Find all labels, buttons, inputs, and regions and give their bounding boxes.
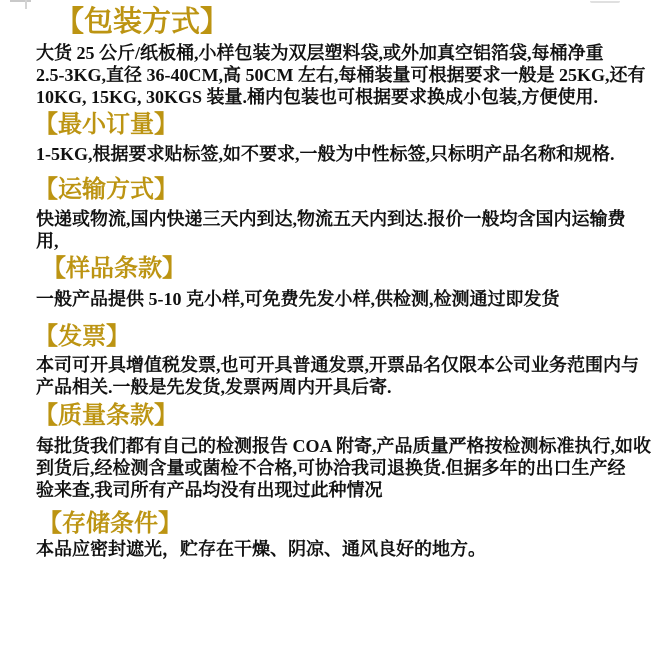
section-body-quality-terms: 每批货我们都有自己的检测报告 COA 附寄,产品质量严格按检测标准执行,如收 到… [36,435,645,501]
section-body-packaging: 大货 25 公斤/纸板桶,小样包装为双层塑料袋,或外加真空铝箔袋,每桶净重 2.… [36,42,645,108]
section-title-quality-terms: 【质量条款】 [34,402,645,430]
section-body-storage: 本品应密封遮光，贮存在干燥、阴凉、通风良好的地方。 [36,538,645,560]
body-line: 本司可开具增值税发票,也可开具普通发票,开票品名仅限本公司业务范围内与 [36,354,645,376]
body-line: 用, [36,230,645,252]
body-line: 1-5KG,根据要求贴标签,如不要求,一般为中性标签,只标明产品名称和规格. [36,143,645,165]
body-line: 每批货我们都有自己的检测报告 COA 附寄,产品质量严格按检测标准执行,如收 [36,435,645,457]
body-line: 到货后,经检测含量或菌检不合格,可协洽我司退换货.但据多年的出口生产经 [36,457,645,479]
section-body-sample-terms: 一般产品提供 5-10 克小样,可免费先发小样,供检测,检测通过即发货 [36,288,645,310]
body-line: 10KG, 15KG, 30KGS 装量.桶内包装也可根据要求换成小包装,方便使… [36,86,645,108]
body-line: 本品应密封遮光，贮存在干燥、阴凉、通风良好的地方。 [36,538,645,560]
section-body-shipping: 快递或物流,国内快递三天内到达,物流五天内到达.报价一般均含国内运输费 用, [36,208,645,252]
body-line: 大货 25 公斤/纸板桶,小样包装为双层塑料袋,或外加真空铝箔袋,每桶净重 [36,42,645,64]
product-terms-content: 【包装方式】 大货 25 公斤/纸板桶,小样包装为双层塑料袋,或外加真空铝箔袋,… [0,0,659,560]
body-line: 验来查,我司所有产品均没有出现过此种情况 [36,479,645,501]
section-title-shipping: 【运输方式】 [34,176,645,204]
section-title-packaging: 【包装方式】 [55,5,645,39]
section-title-storage: 【存储条件】 [38,510,645,538]
body-line: 2.5-3KG,直径 36-40CM,高 50CM 左右,每桶装量可根据要求一般… [36,64,645,86]
section-title-invoice: 【发票】 [34,323,645,351]
body-line: 快递或物流,国内快递三天内到达,物流五天内到达.报价一般均含国内运输费 [36,208,645,230]
section-title-min-order: 【最小订量】 [34,111,645,139]
product-terms-page: 【包装方式】 大货 25 公斤/纸板桶,小样包装为双层塑料袋,或外加真空铝箔袋,… [0,0,659,668]
section-body-invoice: 本司可开具增值税发票,也可开具普通发票,开票品名仅限本公司业务范围内与 产品相关… [36,354,645,398]
section-body-min-order: 1-5KG,根据要求贴标签,如不要求,一般为中性标签,只标明产品名称和规格. [36,143,645,165]
section-title-sample-terms: 【样品条款】 [42,255,645,283]
body-line: 产品相关.一般是先发货,发票两周内开具后寄. [36,376,645,398]
body-line: 一般产品提供 5-10 克小样,可免费先发小样,供检测,检测通过即发货 [36,288,645,310]
